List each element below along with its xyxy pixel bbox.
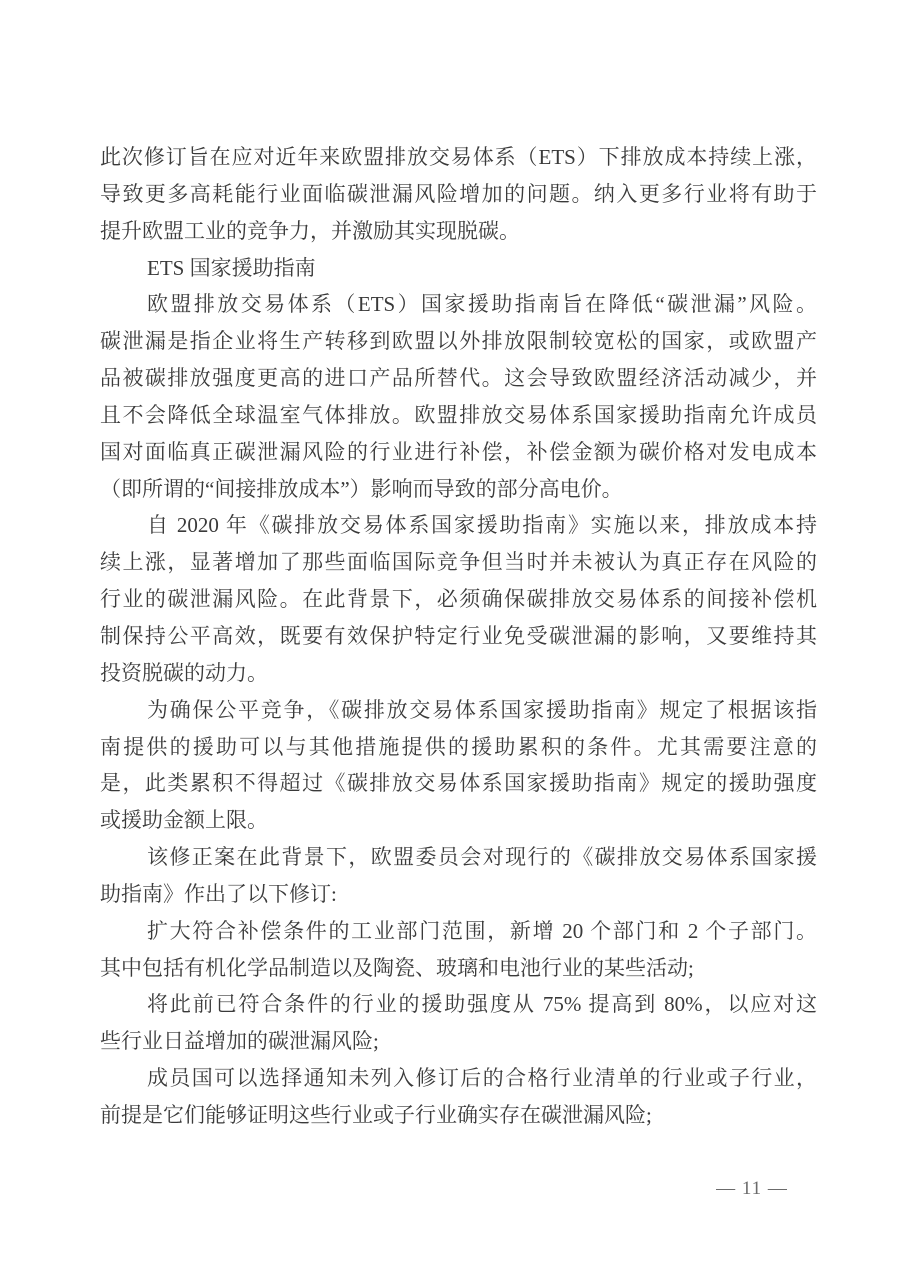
text-line: 品被碳排放强度更高的进口产品所替代。这会导致欧盟经济活动减少，并 — [100, 360, 817, 397]
text-line: （即所谓的“间接排放成本”）影响而导致的部分高电价。 — [100, 471, 817, 508]
text-line: ETS 国家援助指南 — [100, 250, 817, 287]
document-body: 此次修订旨在应对近年来欧盟排放交易体系（ETS）下排放成本持续上涨，导致更多高耗… — [100, 139, 817, 1134]
text-line: 该修正案在此背景下，欧盟委员会对现行的《碳排放交易体系国家援 — [100, 839, 817, 876]
page-footer: — 11 — — [702, 1178, 802, 1200]
text-line: 国对面临真正碳泄漏风险的行业进行补偿，补偿金额为碳价格对发电成本 — [100, 434, 817, 471]
text-line: 前提是它们能够证明这些行业或子行业确实存在碳泄漏风险; — [100, 1097, 817, 1134]
text-line: 自 2020 年《碳排放交易体系国家援助指南》实施以来，排放成本持 — [100, 507, 817, 544]
text-line: 投资脱碳的动力。 — [100, 655, 817, 692]
text-line: 是，此类累积不得超过《碳排放交易体系国家援助指南》规定的援助强度 — [100, 765, 817, 802]
text-line: 或援助金额上限。 — [100, 802, 817, 839]
text-line: 且不会降低全球温室气体排放。欧盟排放交易体系国家援助指南允许成员 — [100, 397, 817, 434]
text-line: 将此前已符合条件的行业的援助强度从 75% 提高到 80%，以应对这 — [100, 986, 817, 1023]
text-line: 碳泄漏是指企业将生产转移到欧盟以外排放限制较宽松的国家，或欧盟产 — [100, 323, 817, 360]
text-line: 其中包括有机化学品制造以及陶瓷、玻璃和电池行业的某些活动; — [100, 950, 817, 987]
text-line: 提升欧盟工业的竞争力，并激励其实现脱碳。 — [100, 213, 817, 250]
page-number: — 11 — — [716, 1178, 788, 1199]
text-line: 导致更多高耗能行业面临碳泄漏风险增加的问题。纳入更多行业将有助于 — [100, 176, 817, 213]
text-line: 此次修订旨在应对近年来欧盟排放交易体系（ETS）下排放成本持续上涨， — [100, 139, 817, 176]
text-line: 南提供的援助可以与其他措施提供的援助累积的条件。尤其需要注意的 — [100, 729, 817, 766]
text-line: 制保持公平高效，既要有效保护特定行业免受碳泄漏的影响，又要维持其 — [100, 618, 817, 655]
text-line: 助指南》作出了以下修订: — [100, 876, 817, 913]
text-line: 些行业日益增加的碳泄漏风险; — [100, 1023, 817, 1060]
text-line: 为确保公平竞争，《碳排放交易体系国家援助指南》规定了根据该指 — [100, 692, 817, 729]
text-line: 行业的碳泄漏风险。在此背景下，必须确保碳排放交易体系的间接补偿机 — [100, 581, 817, 618]
text-line: 续上涨，显著增加了那些面临国际竞争但当时并未被认为真正存在风险的 — [100, 544, 817, 581]
document-page: 此次修订旨在应对近年来欧盟排放交易体系（ETS）下排放成本持续上涨，导致更多高耗… — [0, 0, 900, 1272]
text-line: 成员国可以选择通知未列入修订后的合格行业清单的行业或子行业， — [100, 1060, 817, 1097]
text-line: 扩大符合补偿条件的工业部门范围，新增 20 个部门和 2 个子部门。 — [100, 913, 817, 950]
text-line: 欧盟排放交易体系（ETS）国家援助指南旨在降低“碳泄漏”风险。 — [100, 286, 817, 323]
